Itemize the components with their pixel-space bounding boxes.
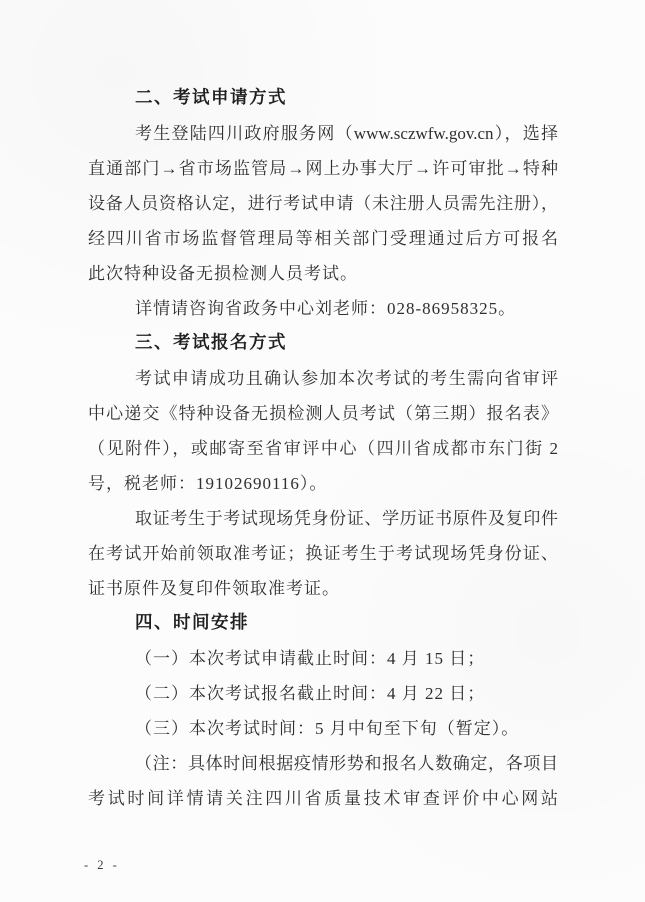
text-line: 号，税老师：19102690116）。 [88,466,558,501]
heading-section-2: 二、考试申请方式 [88,81,558,116]
text-line: 详情请咨询省政务中心刘老师：028-86958325。 [88,291,558,326]
heading-section-4: 四、时间安排 [88,606,558,641]
text-line: 取证考生于考试现场凭身份证、学历证书原件及复印件 [88,501,558,536]
text-line: （二）本次考试报名截止时间：4 月 22 日； [88,676,558,711]
text-line: 考试申请成功且确认参加本次考试的考生需向省审评 [88,361,558,396]
heading-section-3: 三、考试报名方式 [88,326,558,361]
text-line: 考试时间详情请关注四川省质量技术审查评价中心网站 [88,781,558,816]
page-number: - 2 - [84,858,120,873]
text-line: 中心递交《特种设备无损检测人员考试（第三期）报名表》 [88,396,558,431]
text-line: （注：具体时间根据疫情形势和报名人数确定，各项目 [88,746,558,781]
text-line: 在考试开始前领取准考证；换证考生于考试现场凭身份证、 [88,536,558,571]
document-body: 二、考试申请方式 考生登陆四川政府服务网（www.sczwfw.gov.cn），… [88,81,558,816]
text-line: 经四川省市场监督管理局等相关部门受理通过后方可报名 [88,221,558,256]
scanned-document-page: 二、考试申请方式 考生登陆四川政府服务网（www.sczwfw.gov.cn），… [0,0,645,902]
text-line: 证书原件及复印件领取准考证。 [88,571,558,606]
text-line: 考生登陆四川政府服务网（www.sczwfw.gov.cn），选择 [88,116,558,151]
text-line: （见附件），或邮寄至省审评中心（四川省成都市东门街 2 [88,431,558,466]
text-line: （一）本次考试申请截止时间：4 月 15 日； [88,641,558,676]
text-line: 此次特种设备无损检测人员考试。 [88,256,558,291]
text-line: 直通部门→省市场监管局→网上办事大厅→许可审批→特种 [88,151,558,186]
text-line: （三）本次考试时间：5 月中旬至下旬（暂定）。 [88,711,558,746]
text-line: 设备人员资格认定，进行考试申请（未注册人员需先注册）， [88,186,558,221]
